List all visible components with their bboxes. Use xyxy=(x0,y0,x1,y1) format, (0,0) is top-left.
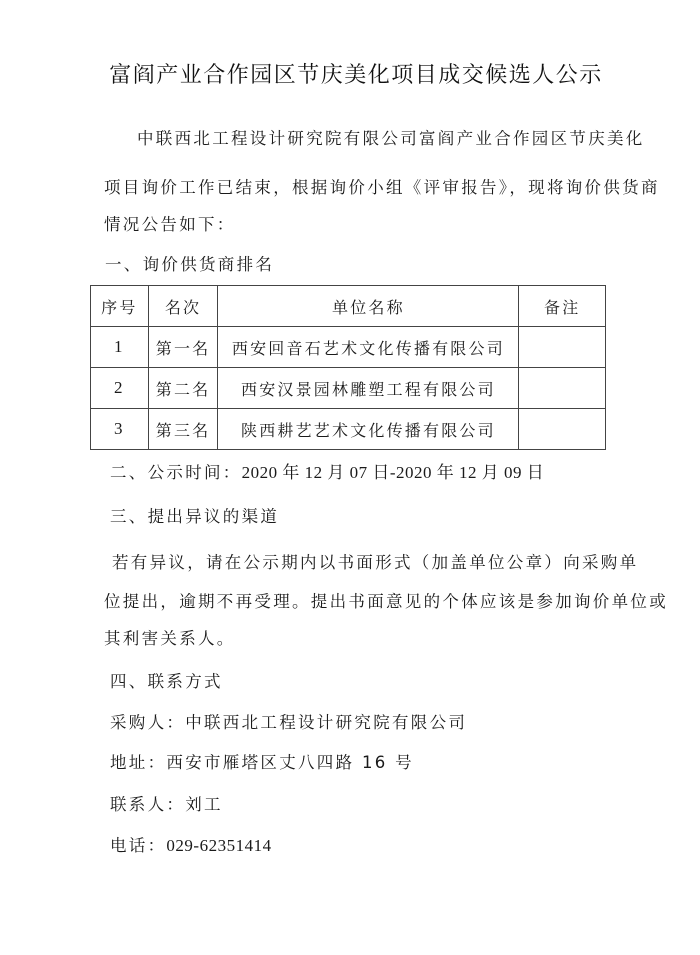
contact-line: 联系人：刘工 xyxy=(110,794,223,816)
header-serial: 序号 xyxy=(91,286,149,327)
purchaser-line: 采购人：中联西北工程设计研究院有限公司 xyxy=(110,712,467,734)
address-label: 地址： xyxy=(110,753,166,772)
section4-heading: 四、联系方式 xyxy=(110,671,223,693)
supplier-ranking-table: 序号 名次 单位名称 备注 1 第一名 西安回音石艺术文化传播有限公司 2 第二… xyxy=(90,285,606,450)
row-note xyxy=(519,409,606,450)
section3-heading: 三、提出异议的渠道 xyxy=(110,506,279,528)
publicity-period-value: 2020 年 12 月 07 日-2020 年 12 月 09 日 xyxy=(242,463,545,482)
table-row: 3 第三名 陕西耕艺艺术文化传播有限公司 xyxy=(91,409,606,450)
row-rank: 第二名 xyxy=(148,368,218,409)
section3-body-line-3: 其利害关系人。 xyxy=(104,628,236,650)
phone-line: 电话：029-62351414 xyxy=(110,835,272,857)
header-rank: 名次 xyxy=(148,286,218,327)
purchaser-label: 采购人： xyxy=(110,713,185,732)
row-note xyxy=(519,368,606,409)
header-company: 单位名称 xyxy=(218,286,519,327)
announcement-page: 富阎产业合作园区节庆美化项目成交候选人公示 中联西北工程设计研究院有限公司富阎产… xyxy=(0,0,700,955)
row-serial: 2 xyxy=(91,368,149,409)
section3-body-line-1: 若有异议，请在公示期内以书面形式（加盖单位公章）向采购单 xyxy=(112,552,638,574)
contact-value: 刘工 xyxy=(185,795,223,814)
row-rank: 第一名 xyxy=(148,327,218,368)
phone-value: 029-62351414 xyxy=(166,836,271,855)
purchaser-value: 中联西北工程设计研究院有限公司 xyxy=(185,713,467,732)
row-company: 西安回音石艺术文化传播有限公司 xyxy=(218,327,519,368)
address-value: 西安市雁塔区丈八四路 16 号 xyxy=(166,753,414,772)
intro-line-2: 项目询价工作已结束，根据询价小组《评审报告》，现将询价供货商 xyxy=(104,177,660,199)
document-title: 富阎产业合作园区节庆美化项目成交候选人公示 xyxy=(0,58,700,89)
row-serial: 3 xyxy=(91,409,149,450)
row-company: 陕西耕艺艺术文化传播有限公司 xyxy=(218,409,519,450)
contact-label: 联系人： xyxy=(110,795,185,814)
row-note xyxy=(519,327,606,368)
address-line: 地址：西安市雁塔区丈八四路 16 号 xyxy=(110,752,414,774)
intro-line-1: 中联西北工程设计研究院有限公司富阎产业合作园区节庆美化 xyxy=(137,128,645,150)
row-company: 西安汉景园林雕塑工程有限公司 xyxy=(218,368,519,409)
intro-line-3: 情况公告如下： xyxy=(104,214,236,236)
row-rank: 第三名 xyxy=(148,409,218,450)
section2-publicity-period: 二、公示时间：2020 年 12 月 07 日-2020 年 12 月 09 日 xyxy=(110,462,544,484)
section1-heading: 一、询价供货商排名 xyxy=(105,254,274,276)
table-row: 2 第二名 西安汉景园林雕塑工程有限公司 xyxy=(91,368,606,409)
row-serial: 1 xyxy=(91,327,149,368)
section3-body-line-2: 位提出，逾期不再受理。提出书面意见的个体应该是参加询价单位或 xyxy=(104,591,668,613)
table-header-row: 序号 名次 单位名称 备注 xyxy=(91,286,606,327)
phone-label: 电话： xyxy=(110,836,166,855)
section2-label: 二、公示时间： xyxy=(110,463,242,482)
header-note: 备注 xyxy=(519,286,606,327)
table-row: 1 第一名 西安回音石艺术文化传播有限公司 xyxy=(91,327,606,368)
